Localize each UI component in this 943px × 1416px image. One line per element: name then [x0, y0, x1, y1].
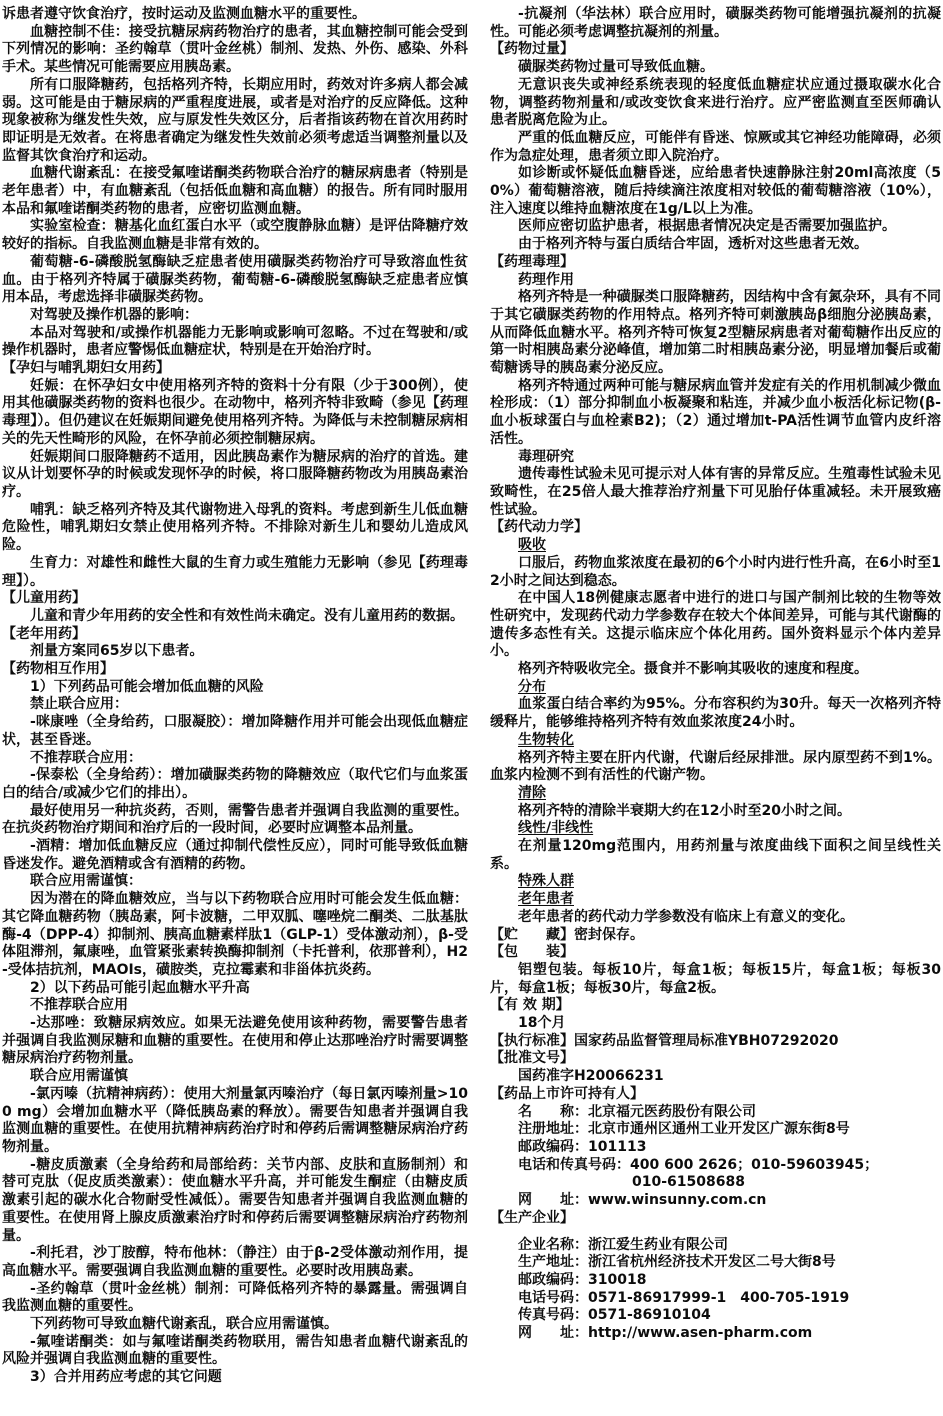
paragraph: 剂量方案同65岁以下患者。 [2, 643, 468, 661]
paragraph: 妊娠期间口服降糖药不适用，因此胰岛素作为糖尿病的治疗的首选。建议从计划要怀孕的时… [2, 449, 468, 502]
paragraph: 格列齐特主要在肝内代谢，代谢后经尿排泄。尿内原型药不到1%。血浆内检测不到有活性… [490, 750, 941, 785]
paragraph: 在剂量120mg范围内，用药剂量与浓度曲线下面积之间呈线性关系。 [490, 838, 941, 873]
paragraph: 无意识丧失或神经系统表现的轻度低血糖症状应通过摄取碳水化合物，调整药物剂量和/或… [490, 77, 941, 130]
paragraph: 注册地址：北京市通州区通州工业开发区广源东街8号 [490, 1121, 941, 1139]
pk-subheading: 吸收 [518, 537, 546, 553]
paragraph: -利托君，沙丁胺醇，特布他林：（静注）由于β-2受体激动剂作用，提高血糖水平。需… [2, 1245, 468, 1280]
paragraph: -糖皮质激素（全身给药和局部给药：关节内部、皮肤和直肠制剂）和替可克肽（促皮质类… [2, 1157, 468, 1246]
paragraph: 下列药物可导致血糖代谢紊乱，联合应用需谨慎。 [2, 1316, 468, 1334]
paragraph: 哺乳：缺乏格列齐特及其代谢物进入母乳的资料。考虑到新生儿低血糖危险性，哺乳期妇女… [2, 502, 468, 555]
pk-subheading-line: 特殊人群 [490, 873, 941, 891]
paragraph: -圣约翰草（贯叶金丝桃）制剂：可降低格列齐特的暴露量。需强调自我监测血糖的重要性… [2, 1281, 468, 1316]
section-header: 【药理毒理】 [490, 254, 941, 272]
paragraph: 对驾驶及操作机器的影响： [2, 307, 468, 325]
paragraph: 最好使用另一种抗炎药，否则，需警告患者并强调自我监测的重要性。在抗炎药物治疗期间… [2, 803, 468, 838]
paragraph: 电话和传真号码：400 600 2626；010-59603945； [490, 1157, 941, 1175]
paragraph: 格列齐特吸收完全。摄食并不影响其吸收的速度和程度。 [490, 661, 941, 679]
pk-subheading-line: 吸收 [490, 537, 941, 555]
paragraph: 如诊断或怀疑低血糖昏迷，应给患者快速静脉注射20ml高浓度（50%）葡萄糖溶液，… [490, 165, 941, 218]
subheading: 联合应用需谨慎 [2, 1068, 468, 1086]
subheading: 不推荐联合应用 [2, 997, 468, 1015]
section-header: 【生产企业】 [490, 1210, 941, 1228]
section-header: 【老年用药】 [2, 626, 468, 644]
subheading: 3）合并用药应考虑的其它问题 [2, 1369, 468, 1387]
paragraph: 国药准字H20066231 [490, 1068, 941, 1086]
section-header: 【药品上市许可持有人】 [490, 1086, 941, 1104]
pk-subheading-line: 线性/非线性 [490, 820, 941, 838]
section-header: 【药代动力学】 [490, 519, 941, 537]
left-text-column: 诉患者遵守饮食治疗，按时运动及监测血糖水平的重要性。血糖控制不佳：接受抗糖尿病药… [2, 6, 468, 1416]
paragraph: -咪康唑（全身给药，口服凝胶）：增加降糖作用并可能会出现低血糖症状，甚至昏迷。 [2, 714, 468, 749]
section-header: 【包 装】 [490, 944, 941, 962]
subheading: 药理作用 [490, 272, 941, 290]
paragraph: 医师应密切监护患者，根据患者情况决定是否需要加强监护。 [490, 218, 941, 236]
paragraph: -达那唑：致糖尿病效应。如果无法避免使用该种药物，需要警告患者并强调自我监测尿糖… [2, 1015, 468, 1068]
paragraph: 格列齐特通过两种可能与糖尿病血管并发症有关的作用机制减少微血栓形成：（1）部分抑… [490, 378, 941, 449]
section-header: 【药物相互作用】 [2, 661, 468, 679]
paragraph: 血糖代谢紊乱：在接受氟喹诺酮类药物联合治疗的糖尿病患者（特别是老年患者）中，有血… [2, 165, 468, 218]
paragraph: 诉患者遵守饮食治疗，按时运动及监测血糖水平的重要性。 [2, 6, 468, 24]
paragraph: 因为潜在的降血糖效应，当与以下药物联合应用时可能会发生低血糖：其它降血糖药物（胰… [2, 891, 468, 980]
paragraph: 生产地址：浙江省杭州经济技术开发区二号大街8号 [490, 1254, 941, 1272]
section-header: 【儿童用药】 [2, 590, 468, 608]
pk-subheading: 生物转化 [518, 732, 574, 748]
subheading: 联合应用需谨慎： [2, 873, 468, 891]
paragraph: 口服后，药物血浆浓度在最初的6个小时内进行性升高，在6小时至12小时之间达到稳态… [490, 555, 941, 590]
paragraph: 铝塑包装。每板10片，每盒1板；每板15片，每盒1板；每板30片，每盒1板；每板… [490, 962, 941, 997]
subheading: 不推荐联合应用： [2, 750, 468, 768]
pk-subheading-line: 老年患者 [490, 891, 941, 909]
paragraph: 18个月 [490, 1015, 941, 1033]
pk-subheading-line: 生物转化 [490, 732, 941, 750]
paragraph: -保泰松（全身给药）：增加磺脲类药物的降糖效应（取代它们与血浆蛋白的结合/或减少… [2, 767, 468, 802]
pk-subheading: 特殊人群 [518, 873, 574, 889]
paragraph: 葡萄糖-6-磷酸脱氢酶缺乏症患者使用磺脲类药物治疗可导致溶血性贫血。由于格列齐特… [2, 254, 468, 307]
paragraph: 遗传毒性试验未见可提示对人体有害的异常反应。生殖毒性试验未见致畸性，在25倍人最… [490, 466, 941, 519]
paragraph: 实验室检查：糖基化血红蛋白水平（或空腹静脉血糖）是评估降糖疗效较好的指标。自我监… [2, 218, 468, 253]
pk-subheading: 分布 [518, 679, 546, 695]
paragraph: 名 称：北京福元医药股份有限公司 [490, 1104, 941, 1122]
paragraph: 生育力：对雄性和雌性大鼠的生育力或生殖能力无影响（参见【药理毒理】）。 [2, 555, 468, 590]
pk-subheading: 清除 [518, 785, 546, 801]
paragraph: 邮政编码：310018 [490, 1272, 941, 1290]
paragraph: 儿童和青少年用药的安全性和有效性尚未确定。没有儿童用药的数据。 [2, 608, 468, 626]
paragraph: 邮政编码：101113 [490, 1139, 941, 1157]
pk-subheading: 线性/非线性 [518, 820, 593, 836]
paragraph: -氯丙嗪（抗精神病药）：使用大剂量氯丙嗪治疗（每日氯丙嗪剂量>100 mg）会增… [2, 1086, 468, 1157]
paragraph: -抗凝剂（华法林）联合应用时，磺脲类药物可能增强抗凝剂的抗凝性。可能必须考虑调整… [490, 6, 941, 41]
paragraph: -酒精：增加低血糖反应（通过抑制代偿性反应），同时可能导致低血糖昏迷发作。避免酒… [2, 838, 468, 873]
section-header: 【贮 藏】密封保存。 [490, 927, 941, 945]
paragraph: 网 址：http://www.asen-pharm.com [490, 1325, 941, 1343]
paragraph: 本品对驾驶和/或操作机器能力无影响或影响可忽略。不过在驾驶和/或操作机器时，患者… [2, 325, 468, 360]
drug-package-insert-page: 诉患者遵守饮食治疗，按时运动及监测血糖水平的重要性。血糖控制不佳：接受抗糖尿病药… [0, 0, 943, 1416]
paragraph: 电话号码：0571-86917999-1 400-705-1919 [490, 1290, 941, 1308]
section-header: 【药物过量】 [490, 41, 941, 59]
section-header: 【批准文号】 [490, 1050, 941, 1068]
subheading: 1）下列药品可能会增加低血糖的风险 [2, 679, 468, 697]
paragraph: 妊娠：在怀孕妇女中使用格列齐特的资料十分有限（少于300例），使用其他磺脲类药物… [2, 378, 468, 449]
paragraph: 老年患者的药代动力学参数没有临床上有意义的变化。 [490, 909, 941, 927]
pk-subheading: 老年患者 [518, 891, 574, 907]
paragraph: 格列齐特是一种磺脲类口服降糖药，因结构中含有氮杂环，具有不同于其它磺脲类药物的作… [490, 289, 941, 378]
paragraph: 磺脲类药物过量可导致低血糖。 [490, 59, 941, 77]
section-header: 【有 效 期】 [490, 997, 941, 1015]
paragraph: 010-61508688 [490, 1174, 941, 1192]
paragraph: 企业名称：浙江爱生药业有限公司 [490, 1237, 941, 1255]
paragraph: 血糖控制不佳：接受抗糖尿病药物治疗的患者，其血糖控制可能会受到下列情况的影响：圣… [2, 24, 468, 77]
paragraph: 血浆蛋白结合率约为95%。分布容积约为30升。每天一次格列齐特缓释片，能够维持格… [490, 696, 941, 731]
right-text-column: -抗凝剂（华法林）联合应用时，磺脲类药物可能增强抗凝剂的抗凝性。可能必须考虑调整… [490, 6, 941, 1416]
subheading: 2）以下药品可能引起血糖水平升高 [2, 980, 468, 998]
subheading: 禁止联合应用： [2, 696, 468, 714]
pk-subheading-line: 清除 [490, 785, 941, 803]
paragraph: -氟喹诺酮类：如与氟喹诺酮类药物联用，需告知患者血糖代谢紊乱的风险并强调自我监测… [2, 1334, 468, 1369]
paragraph: 传真号码：0571-86910104 [490, 1307, 941, 1325]
paragraph: 在中国人18例健康志愿者中进行的进口与国产制剂比较的生物等效性研究中，发现药代动… [490, 590, 941, 661]
paragraph: 严重的低血糖反应，可能伴有昏迷、惊厥或其它神经功能障碍，必须作为急症处理，患者须… [490, 130, 941, 165]
pk-subheading-line: 分布 [490, 679, 941, 697]
section-header: 【执行标准】国家药品监督管理局标准YBH07292020 [490, 1033, 941, 1051]
subheading: 毒理研究 [490, 449, 941, 467]
section-header: 【孕妇与哺乳期妇女用药】 [2, 360, 468, 378]
paragraph: 网 址：www.winsunny.com.cn [490, 1192, 941, 1210]
paragraph: 所有口服降糖药，包括格列齐特，长期应用时，药效对许多病人都会减弱。这可能是由于糖… [2, 77, 468, 166]
paragraph: 由于格列齐特与蛋白质结合牢固，透析对这些患者无效。 [490, 236, 941, 254]
paragraph: 格列齐特的清除半衰期大约在12小时至20小时之间。 [490, 803, 941, 821]
